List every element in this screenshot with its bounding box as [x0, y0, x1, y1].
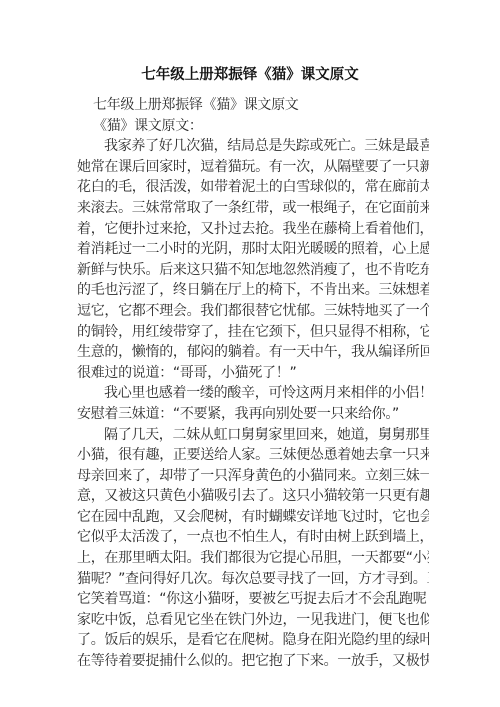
text-line: 来滚去。三妹常常取了一条红带，或一根绳子，在它面前来回的拖摇: [77, 198, 429, 219]
text-line: 着，它便扑过来抢，又扑过去抢。我坐在藤椅上看着他们，可以微笑: [77, 219, 429, 240]
text-line: 着消耗过一二小时的光阴，那时太阳光暖暖的照着，心上感着生命的: [77, 239, 429, 260]
text-line: 安慰着三妹道：“不要紧，我再向别处要一只来给你。”: [77, 404, 429, 425]
text-line: 隔了几天，二妹从虹口舅舅家里回来，她道，舅舅那里有三四只: [77, 425, 429, 446]
text-line: 上，在那里晒太阳。我们都很为它提心吊胆，一天都要“小猫呢？小: [77, 548, 429, 569]
text-line: 它笑着骂道：“你这小猫呀，要被乞丐捉去后才不会乱跑呢！”我回: [77, 589, 429, 610]
text-line: 小猫，很有趣，正要送给人家。三妹便怂恿着她去拿一只来。礼拜天，: [77, 445, 429, 466]
text-line: 新鲜与快乐。后来这只猫不知怎地忽然消瘦了，也不肯吃东西，光泽: [77, 260, 429, 281]
text-line: 很难过的说道：“哥哥，小猫死了！”: [77, 363, 429, 384]
text-line: 《猫》课文原文：: [77, 116, 429, 137]
text-line: 意，又被这只黄色小猫吸引去了。这只小猫较第一只更有趣、更活泼。: [77, 486, 429, 507]
text-line: 的铜铃，用红绫带穿了，挂在它颈下，但只显得不相称，它只是毫无: [77, 322, 429, 343]
text-line: 逗它，它都不理会。我们都很替它忧郁。三妹特地买了一个很小很小: [77, 301, 429, 322]
text-line: 猫呢？”查问得好几次。每次总要寻找了一回，方才寻到。三妹常指: [77, 569, 429, 590]
text-line: 她常在课后回家时，逗着猫玩。有一次，从隔壁要了一只新生的猫来。: [77, 157, 429, 178]
document-title: 七年级上册郑振铎《猫》课文原文: [0, 63, 500, 84]
text-line: 在等待着要捉捕什么似的。把它抱了下来。一放手，又极快地爬上去: [77, 651, 429, 672]
document-body: 七年级上册郑振铎《猫》课文原文《猫》课文原文：我家养了好几次猫，结局总是失踪或死…: [77, 95, 429, 672]
text-line: 花白的毛，很活泼，如带着泥土的白雪球似的，常在廊前太阳光里滚: [77, 177, 429, 198]
text-line: 七年级上册郑振铎《猫》课文原文: [77, 95, 429, 116]
text-line: 母亲回来了，却带了一只浑身黄色的小猫同来。立刻三妹一部分的注: [77, 466, 429, 487]
text-line: 的毛也污涩了，终日躺在厅上的椅下，不肯出来。三妹想着种种方法: [77, 280, 429, 301]
text-line: 我家养了好几次猫，结局总是失踪或死亡。三妹是最喜欢猫的，: [77, 136, 429, 157]
text-line: 生意的，懒惰的，郁闷的躺着。有一天中午，我从编译所回来，三妹: [77, 342, 429, 363]
text-line: 它在园中乱跑，又会爬树，有时蝴蝶安详地飞过时，它也会扑过去捉。: [77, 507, 429, 528]
text-line: 它似乎太活泼了，一点也不怕生人，有时由树上跃到墙上，又跑到街: [77, 527, 429, 548]
text-line: 了。饭后的娱乐，是看它在爬树。隐身在阳光隐约里的绿叶中，好像: [77, 630, 429, 651]
text-line: 我心里也感着一缕的酸辛，可怜这两月来相伴的小侣！当时只得: [77, 383, 429, 404]
text-line: 家吃中饭，总看见它坐在铁门外边，一见我进门，便飞也似地跑进去: [77, 610, 429, 631]
